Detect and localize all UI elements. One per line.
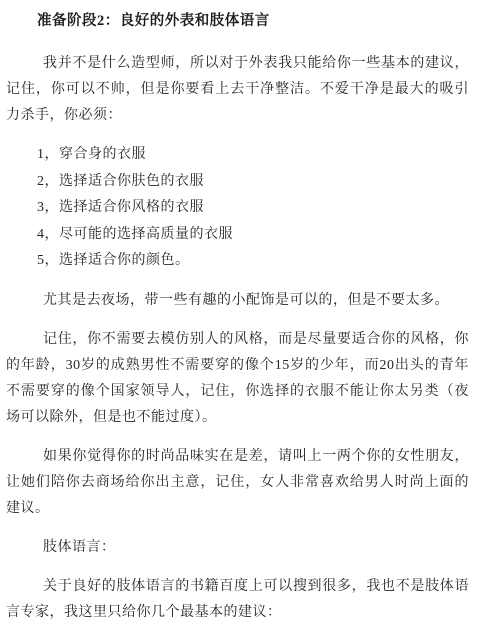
list-item-3: 3，选择适合你风格的衣服	[37, 195, 469, 222]
page-title: 准备阶段2：良好的外表和肢体语言	[37, 11, 469, 31]
document-page: 准备阶段2：良好的外表和肢体语言 我并不是什么造型师，所以对于外表我只能给你一些…	[0, 0, 499, 642]
paragraph-body-language-intro: 关于良好的肢体语言的书籍百度上可以搜到很多，我也不是肢体语言专家，我这里只给你几…	[6, 574, 469, 626]
list-item-4: 4，尽可能的选择高质量的衣服	[37, 222, 469, 249]
paragraph-shopping-advice: 如果你觉得你的时尚品味实在是差，请叫上一两个你的女性朋友，让她们陪你去商场给你出…	[6, 444, 469, 522]
paragraph-style-advice: 记住，你不需要去模仿别人的风格，而是尽量要适合你的风格，你的年龄，30岁的成熟男…	[6, 327, 469, 431]
clothing-advice-list: 1，穿合身的衣服 2，选择适合你肤色的衣服 3，选择适合你风格的衣服 4，尽可能…	[6, 142, 469, 275]
list-item-2: 2，选择适合你肤色的衣服	[37, 169, 469, 196]
paragraph-nightclub-accessories: 尤其是去夜场，带一些有趣的小配饰是可以的，但是不要太多。	[6, 288, 469, 314]
list-item-1: 1，穿合身的衣服	[37, 142, 469, 169]
body-language-heading: 肢体语言：	[6, 535, 469, 561]
list-item-5: 5，选择适合你的颜色。	[37, 248, 469, 275]
paragraph-appearance-intro: 我并不是什么造型师，所以对于外表我只能给你一些基本的建议，记住，你可以不帅，但是…	[6, 51, 469, 129]
